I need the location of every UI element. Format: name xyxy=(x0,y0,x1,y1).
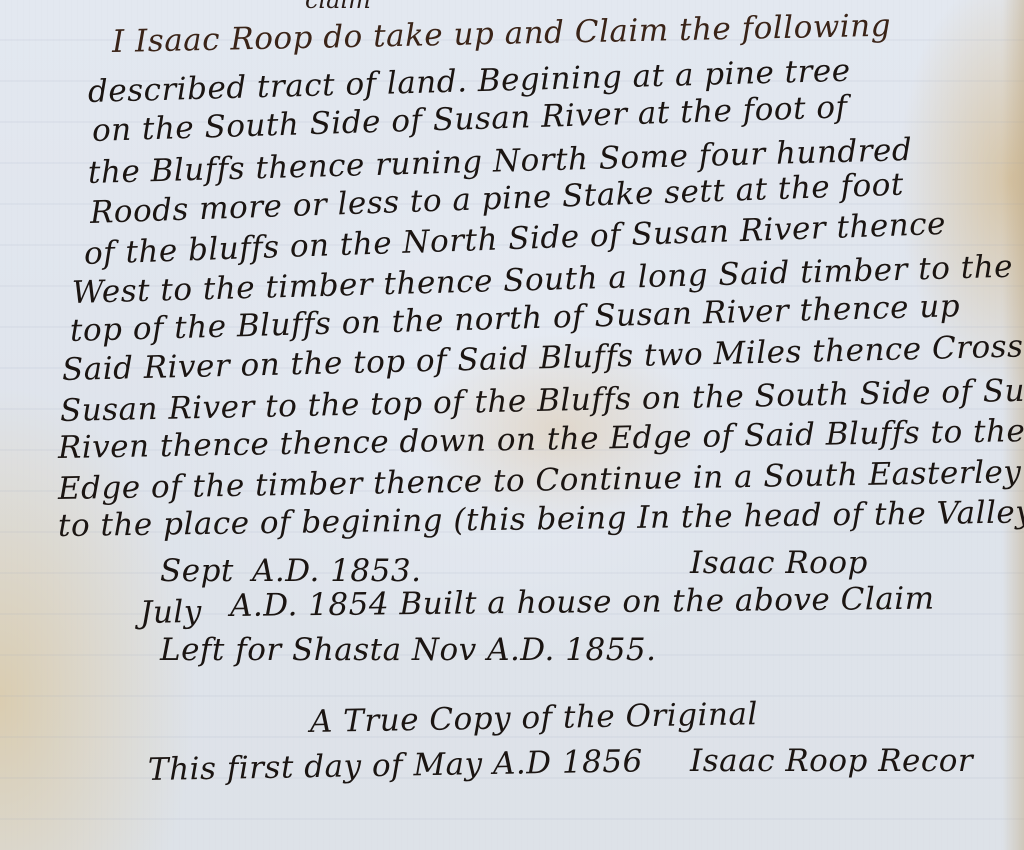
date-year: A.D. 1853. xyxy=(252,553,421,589)
recorder-signature: Isaac Roop Recor xyxy=(690,743,973,779)
certification-line-1: A True Copy of the Original xyxy=(310,696,758,740)
note-1-text: A.D. 1854 Built a house on the above Cla… xyxy=(230,581,935,624)
date-month: Sept xyxy=(160,553,234,589)
certification-line-2: This first day of May A.D 1856 xyxy=(148,743,643,788)
claim-line-1: I Isaac Roop do take up and Claim the fo… xyxy=(112,8,892,60)
note-2-text: Left for Shasta Nov A.D. 1855. xyxy=(160,632,657,668)
header-fragment: claim xyxy=(305,0,371,14)
manuscript-page: claim I Isaac Roop do take up and Claim … xyxy=(0,0,1024,850)
signature-1: Isaac Roop xyxy=(690,545,868,581)
note-1-month: July xyxy=(140,594,202,631)
